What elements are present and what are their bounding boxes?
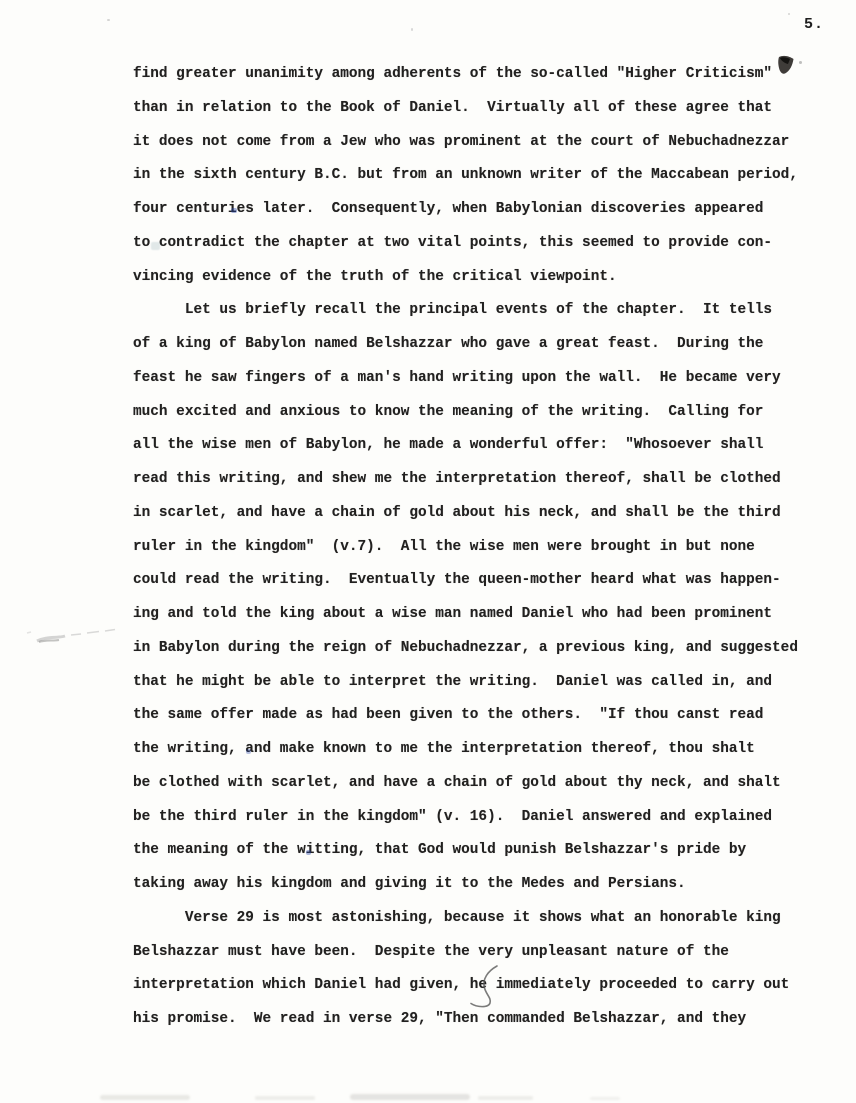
text-line: the writing, and make known to me the in… (133, 733, 833, 767)
text-line: four centuries later. Consequently, when… (133, 193, 833, 227)
text-line: ing and told the king about a wise man n… (133, 598, 833, 632)
bottom-smudge (478, 1096, 533, 1100)
text-line: that he might be able to interpret the w… (133, 666, 833, 700)
margin-smudge-mark (25, 620, 120, 650)
bottom-smudge (350, 1094, 470, 1100)
text-line: much excited and anxious to know the mea… (133, 396, 833, 430)
text-line: the meaning of the witting, that God wou… (133, 834, 833, 868)
bottom-smudge (255, 1096, 315, 1100)
text-line: be clothed with scarlet, and have a chai… (133, 767, 833, 801)
page-number: 5. (804, 16, 824, 33)
paper-speck (788, 13, 790, 15)
bottom-smudge (100, 1095, 190, 1100)
text-line: in the sixth century B.C. but from an un… (133, 159, 833, 193)
text-line: Belshazzar must have been. Despite the v… (133, 936, 833, 970)
text-line: could read the writing. Eventually the q… (133, 564, 833, 598)
text-line: all the wise men of Babylon, he made a w… (133, 429, 833, 463)
text-line: taking away his kingdom and giving it to… (133, 868, 833, 902)
text-line: be the third ruler in the kingdom" (v. 1… (133, 801, 833, 835)
text-line: Let us briefly recall the principal even… (133, 294, 833, 328)
text-line: his promise. We read in verse 29, "Then … (133, 1003, 833, 1037)
text-line: interpretation which Daniel had given, h… (133, 969, 833, 1003)
text-line: in Babylon during the reign of Nebuchadn… (133, 632, 833, 666)
text-line: vincing evidence of the truth of the cri… (133, 261, 833, 295)
bottom-smudge (590, 1097, 620, 1100)
scanned-page: 5. find greater unanimity among adherent… (0, 0, 856, 1103)
text-line: than in relation to the Book of Daniel. … (133, 92, 833, 126)
text-line: it does not come from a Jew who was prom… (133, 126, 833, 160)
document-body: find greater unanimity among adherents o… (133, 58, 833, 1037)
text-line: to contradict the chapter at two vital p… (133, 227, 833, 261)
text-line: feast he saw fingers of a man's hand wri… (133, 362, 833, 396)
text-line: find greater unanimity among adherents o… (133, 58, 833, 92)
text-line: of a king of Babylon named Belshazzar wh… (133, 328, 833, 362)
text-line: the same offer made as had been given to… (133, 699, 833, 733)
text-line: ruler in the kingdom" (v.7). All the wis… (133, 531, 833, 565)
paper-speck (107, 19, 110, 21)
text-line: in scarlet, and have a chain of gold abo… (133, 497, 833, 531)
text-line: read this writing, and shew me the inter… (133, 463, 833, 497)
paper-speck (411, 28, 413, 31)
text-line: Verse 29 is most astonishing, because it… (133, 902, 833, 936)
